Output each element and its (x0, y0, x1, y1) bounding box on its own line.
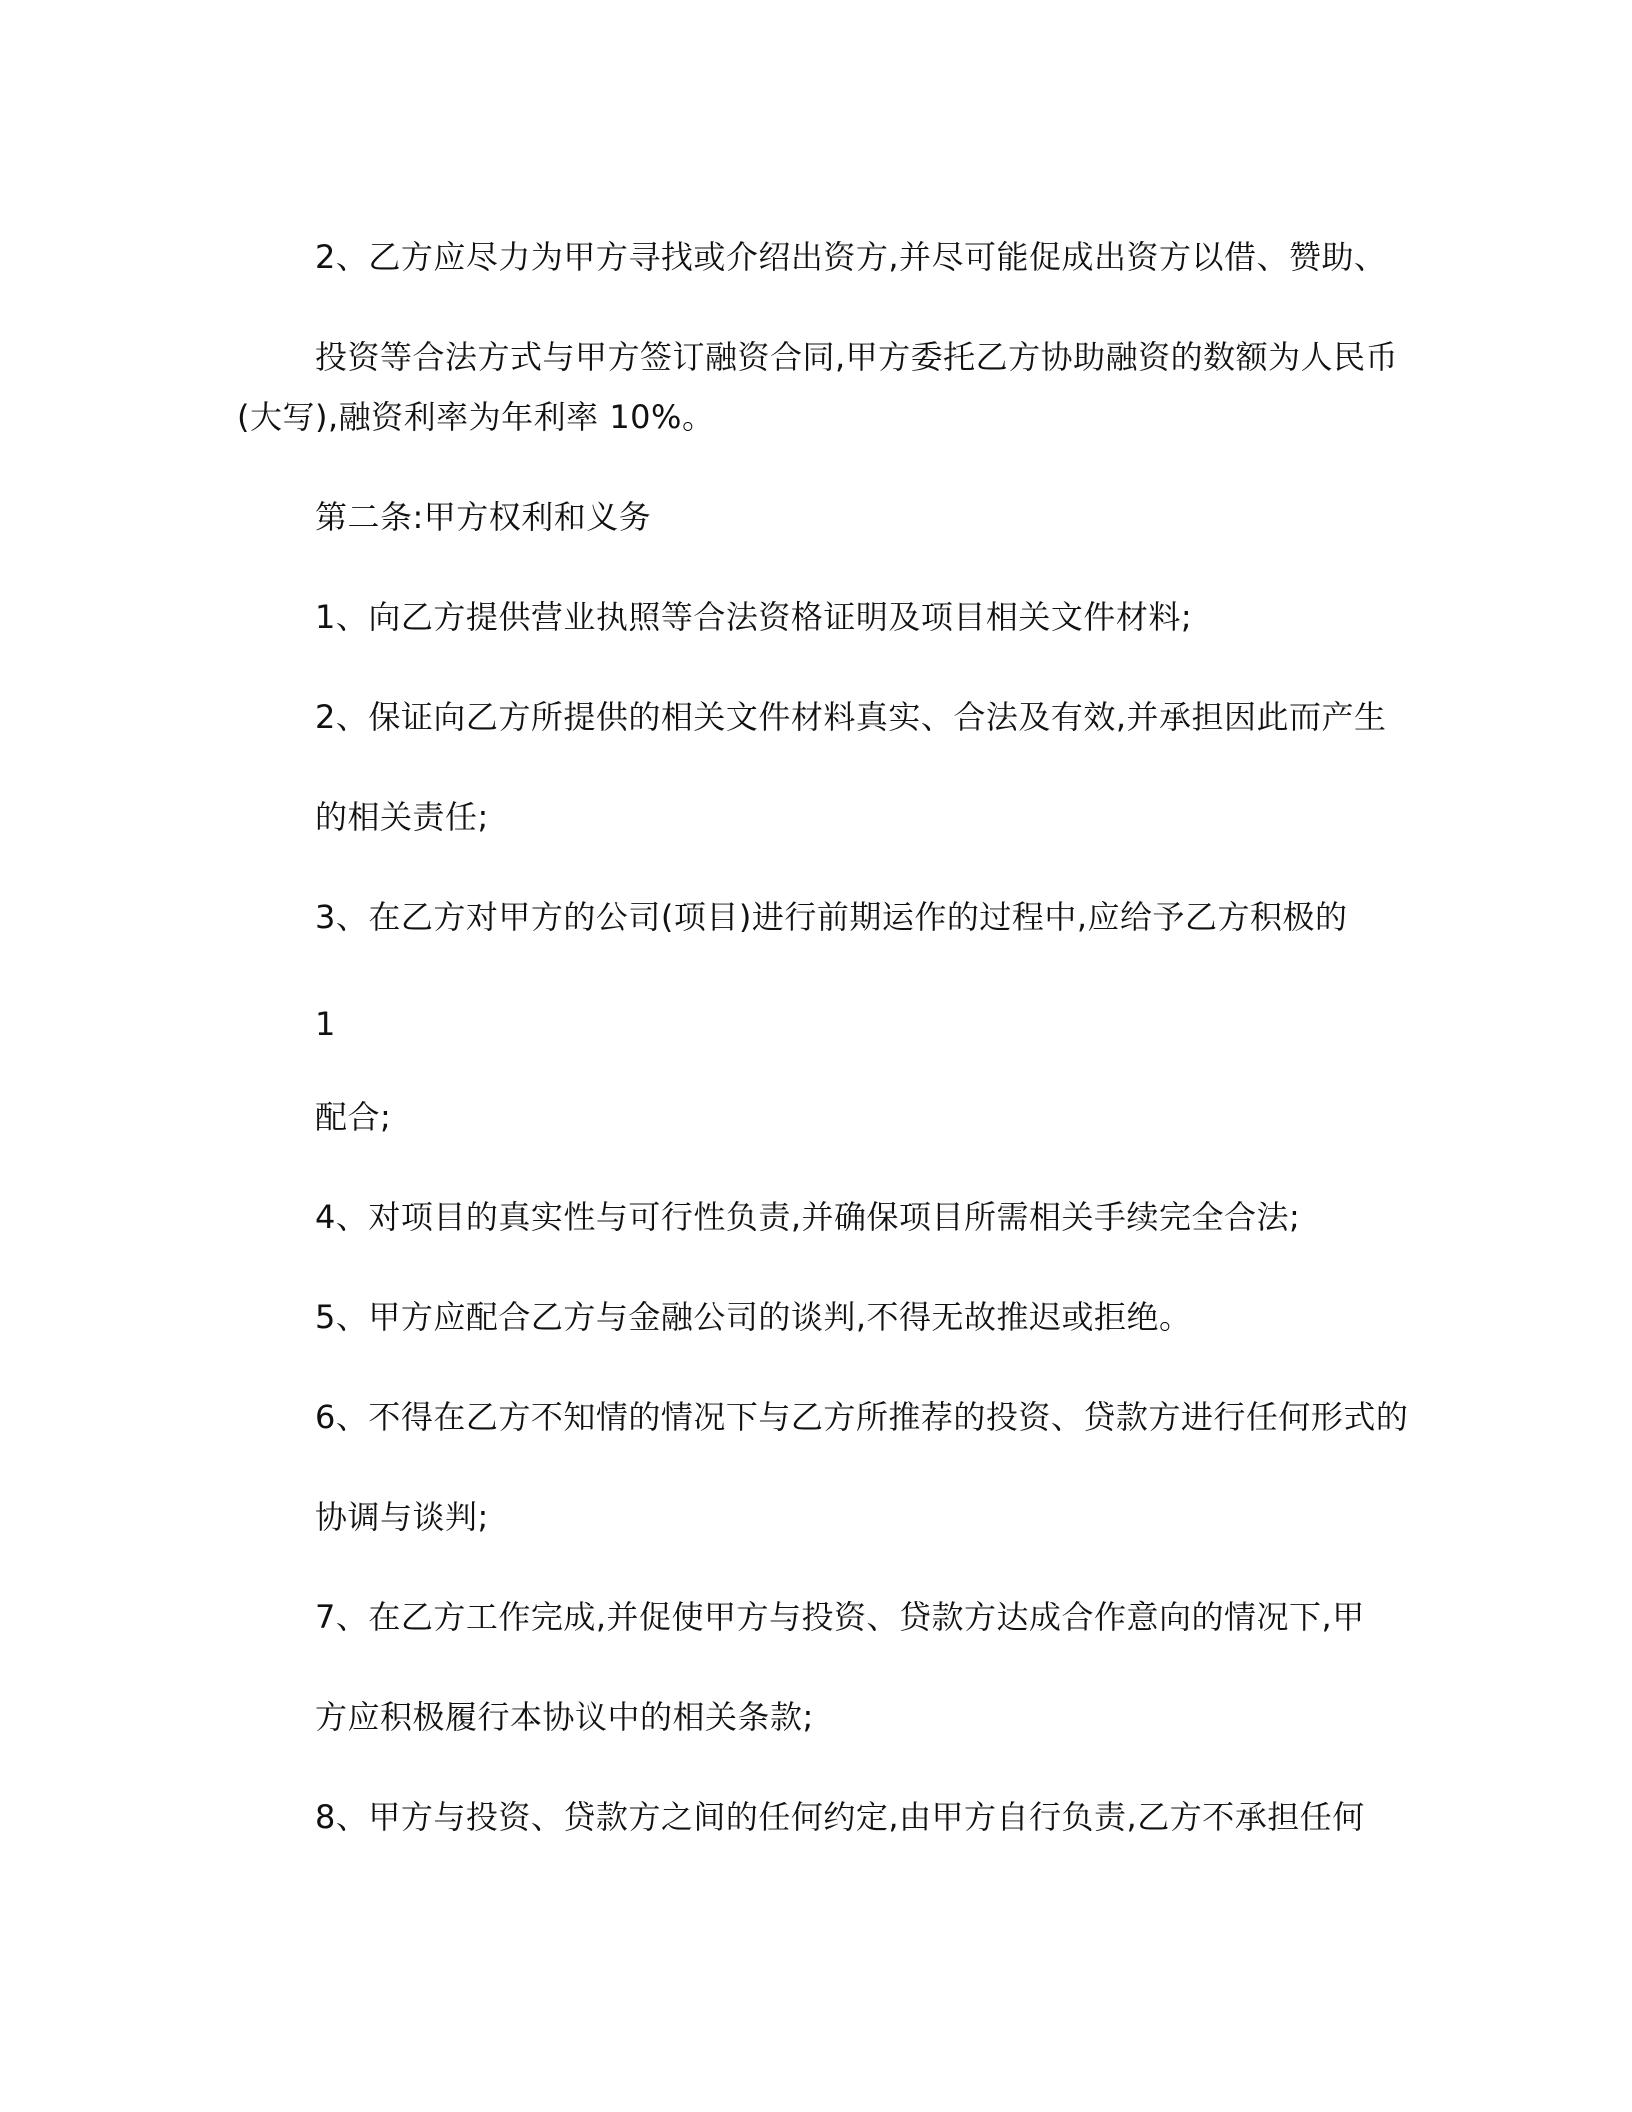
text-line: 配合; (315, 1097, 391, 1137)
text-line: 投资等合法方式与甲方签订融资合同,甲方委托乙方协助融资的数额为人民币 (315, 337, 1398, 377)
text-line: 5、甲方应配合乙方与金融公司的谈判,不得无故推迟或拒绝。 (315, 1297, 1192, 1337)
text-line: 1、向乙方提供营业执照等合法资格证明及项目相关文件材料; (315, 597, 1192, 637)
text-line: 方应积极履行本协议中的相关条款; (315, 1697, 814, 1737)
text-line: 8、甲方与投资、贷款方之间的任何约定,由甲方自行负责,乙方不承担任何 (315, 1797, 1365, 1837)
text-line: (大写),融资利率为年利率 10%。 (237, 397, 714, 437)
text-line: 的相关责任; (315, 797, 489, 837)
text-line: 3、在乙方对甲方的公司(项目)进行前期运作的过程中,应给予乙方积极的 (315, 897, 1348, 937)
text-line: 6、不得在乙方不知情的情况下与乙方所推荐的投资、贷款方进行任何形式的 (315, 1397, 1408, 1437)
text-line: 2、保证向乙方所提供的相关文件材料真实、合法及有效,并承担因此而产生 (315, 697, 1387, 737)
text-line: 4、对项目的真实性与可行性负责,并确保项目所需相关手续完全合法; (315, 1197, 1300, 1237)
page-number: 1 (315, 1004, 336, 1044)
text-line: 协调与谈判; (315, 1497, 489, 1537)
text-line: 2、乙方应尽力为甲方寻找或介绍出资方,并尽可能促成出资方以借、赞助、 (315, 237, 1387, 277)
text-line: 第二条:甲方权利和义务 (315, 497, 651, 537)
text-line: 7、在乙方工作完成,并促使甲方与投资、贷款方达成合作意向的情况下,甲 (315, 1597, 1365, 1637)
